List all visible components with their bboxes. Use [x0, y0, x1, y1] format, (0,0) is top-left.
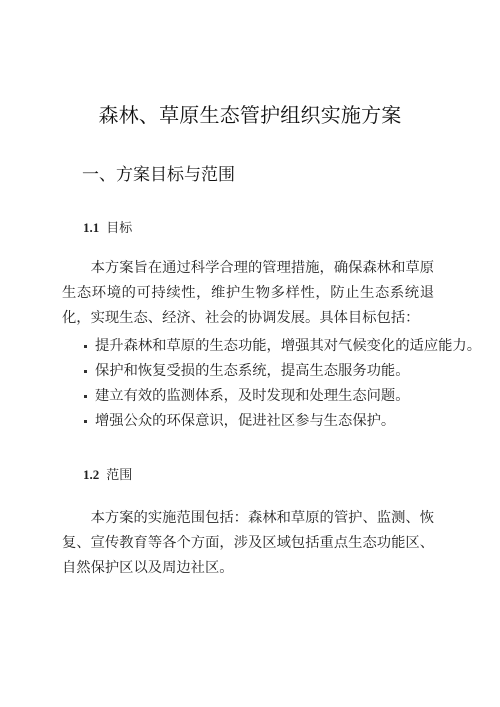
- list-item-text: 建立有效的监测体系，及时发现和处理生态问题。: [95, 388, 410, 404]
- list-item-text: 提升森林和草原的生态功能，增强其对气候变化的适应能力。: [95, 338, 481, 354]
- bullet-icon: [84, 420, 87, 423]
- bullet-icon: [84, 370, 87, 373]
- bullet-icon: [84, 395, 87, 398]
- list-item: 保护和恢复受损的生态系统，提高生态服务功能。: [80, 359, 481, 384]
- list-item: 提升森林和草原的生态功能，增强其对气候变化的适应能力。: [80, 334, 481, 359]
- goals-paragraph: 本方案旨在通过科学合理的管理措施，确保森林和草原生态环境的可持续性，维护生物多样…: [62, 256, 434, 331]
- bullet-icon: [84, 345, 87, 348]
- subsection-heading-scope: 1.2范围: [83, 465, 132, 485]
- scope-paragraph: 本方案的实施范围包括：森林和草原的管护、监测、恢复、宣传教育等各个方面，涉及区域…: [62, 506, 434, 581]
- subsection-number: 1.2: [83, 467, 99, 482]
- list-item-text: 保护和恢复受损的生态系统，提高生态服务功能。: [95, 363, 410, 379]
- goals-bullet-list: 提升森林和草原的生态功能，增强其对气候变化的适应能力。 保护和恢复受损的生态系统…: [80, 334, 481, 434]
- document-page: 森林、草原生态管护组织实施方案 一、方案目标与范围 1.1目标 本方案旨在通过科…: [0, 0, 500, 707]
- list-item-text: 增强公众的环保意识，促进社区参与生态保护。: [95, 413, 395, 429]
- list-item: 建立有效的监测体系，及时发现和处理生态问题。: [80, 384, 481, 409]
- list-item: 增强公众的环保意识，促进社区参与生态保护。: [80, 409, 481, 434]
- subsection-number: 1.1: [83, 220, 99, 235]
- section-heading: 一、方案目标与范围: [82, 162, 235, 188]
- subsection-title: 目标: [106, 220, 132, 235]
- subsection-title: 范围: [106, 467, 132, 482]
- document-title: 森林、草原生态管护组织实施方案: [0, 100, 500, 130]
- subsection-heading-goals: 1.1目标: [83, 218, 132, 238]
